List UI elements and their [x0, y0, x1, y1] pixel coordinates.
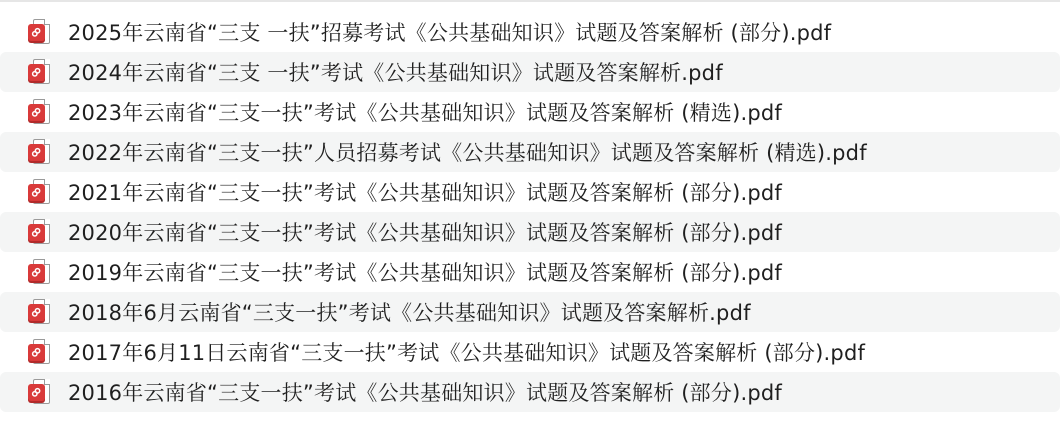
file-name: 2016年云南省“三支一扶”考试《公共基础知识》试题及答案解析 (部分).pdf: [68, 377, 782, 407]
file-row[interactable]: 2019年云南省“三支一扶”考试《公共基础知识》试题及答案解析 (部分).pdf: [0, 252, 1060, 292]
file-name: 2025年云南省“三支 一扶”招募考试《公共基础知识》试题及答案解析 (部分).…: [68, 17, 831, 47]
pdf-file-icon: [28, 19, 52, 45]
file-row[interactable]: 2025年云南省“三支 一扶”招募考试《公共基础知识》试题及答案解析 (部分).…: [0, 12, 1060, 52]
pdf-file-icon: [28, 339, 52, 365]
file-row[interactable]: 2017年6月11日云南省“三支一扶”考试《公共基础知识》试题及答案解析 (部分…: [0, 332, 1060, 372]
file-name: 2022年云南省“三支一扶”人员招募考试《公共基础知识》试题及答案解析 (精选)…: [68, 137, 867, 167]
file-name: 2017年6月11日云南省“三支一扶”考试《公共基础知识》试题及答案解析 (部分…: [68, 337, 865, 367]
pdf-file-icon: [28, 179, 52, 205]
pdf-file-icon: [28, 59, 52, 85]
file-row[interactable]: 2023年云南省“三支一扶”考试《公共基础知识》试题及答案解析 (精选).pdf: [0, 92, 1060, 132]
file-row[interactable]: 2020年云南省“三支一扶”考试《公共基础知识》试题及答案解析 (部分).pdf: [0, 212, 1060, 252]
file-row[interactable]: 2021年云南省“三支一扶”考试《公共基础知识》试题及答案解析 (部分).pdf: [0, 172, 1060, 212]
file-name: 2020年云南省“三支一扶”考试《公共基础知识》试题及答案解析 (部分).pdf: [68, 217, 782, 247]
file-row[interactable]: 2018年6月云南省“三支一扶”考试《公共基础知识》试题及答案解析.pdf: [0, 292, 1060, 332]
file-row[interactable]: 2024年云南省“三支 一扶”考试《公共基础知识》试题及答案解析.pdf: [0, 52, 1060, 92]
file-name: 2024年云南省“三支 一扶”考试《公共基础知识》试题及答案解析.pdf: [68, 57, 723, 87]
pdf-file-icon: [28, 379, 52, 405]
file-name: 2019年云南省“三支一扶”考试《公共基础知识》试题及答案解析 (部分).pdf: [68, 257, 782, 287]
pdf-file-icon: [28, 99, 52, 125]
top-divider: [0, 0, 1060, 2]
file-name: 2021年云南省“三支一扶”考试《公共基础知识》试题及答案解析 (部分).pdf: [68, 177, 782, 207]
file-row[interactable]: 2016年云南省“三支一扶”考试《公共基础知识》试题及答案解析 (部分).pdf: [0, 372, 1060, 412]
file-name: 2023年云南省“三支一扶”考试《公共基础知识》试题及答案解析 (精选).pdf: [68, 97, 782, 127]
file-row[interactable]: 2022年云南省“三支一扶”人员招募考试《公共基础知识》试题及答案解析 (精选)…: [0, 132, 1060, 172]
pdf-file-icon: [28, 299, 52, 325]
file-list: 2025年云南省“三支 一扶”招募考试《公共基础知识》试题及答案解析 (部分).…: [0, 12, 1060, 412]
file-name: 2018年6月云南省“三支一扶”考试《公共基础知识》试题及答案解析.pdf: [68, 297, 751, 327]
pdf-file-icon: [28, 219, 52, 245]
pdf-file-icon: [28, 139, 52, 165]
pdf-file-icon: [28, 259, 52, 285]
